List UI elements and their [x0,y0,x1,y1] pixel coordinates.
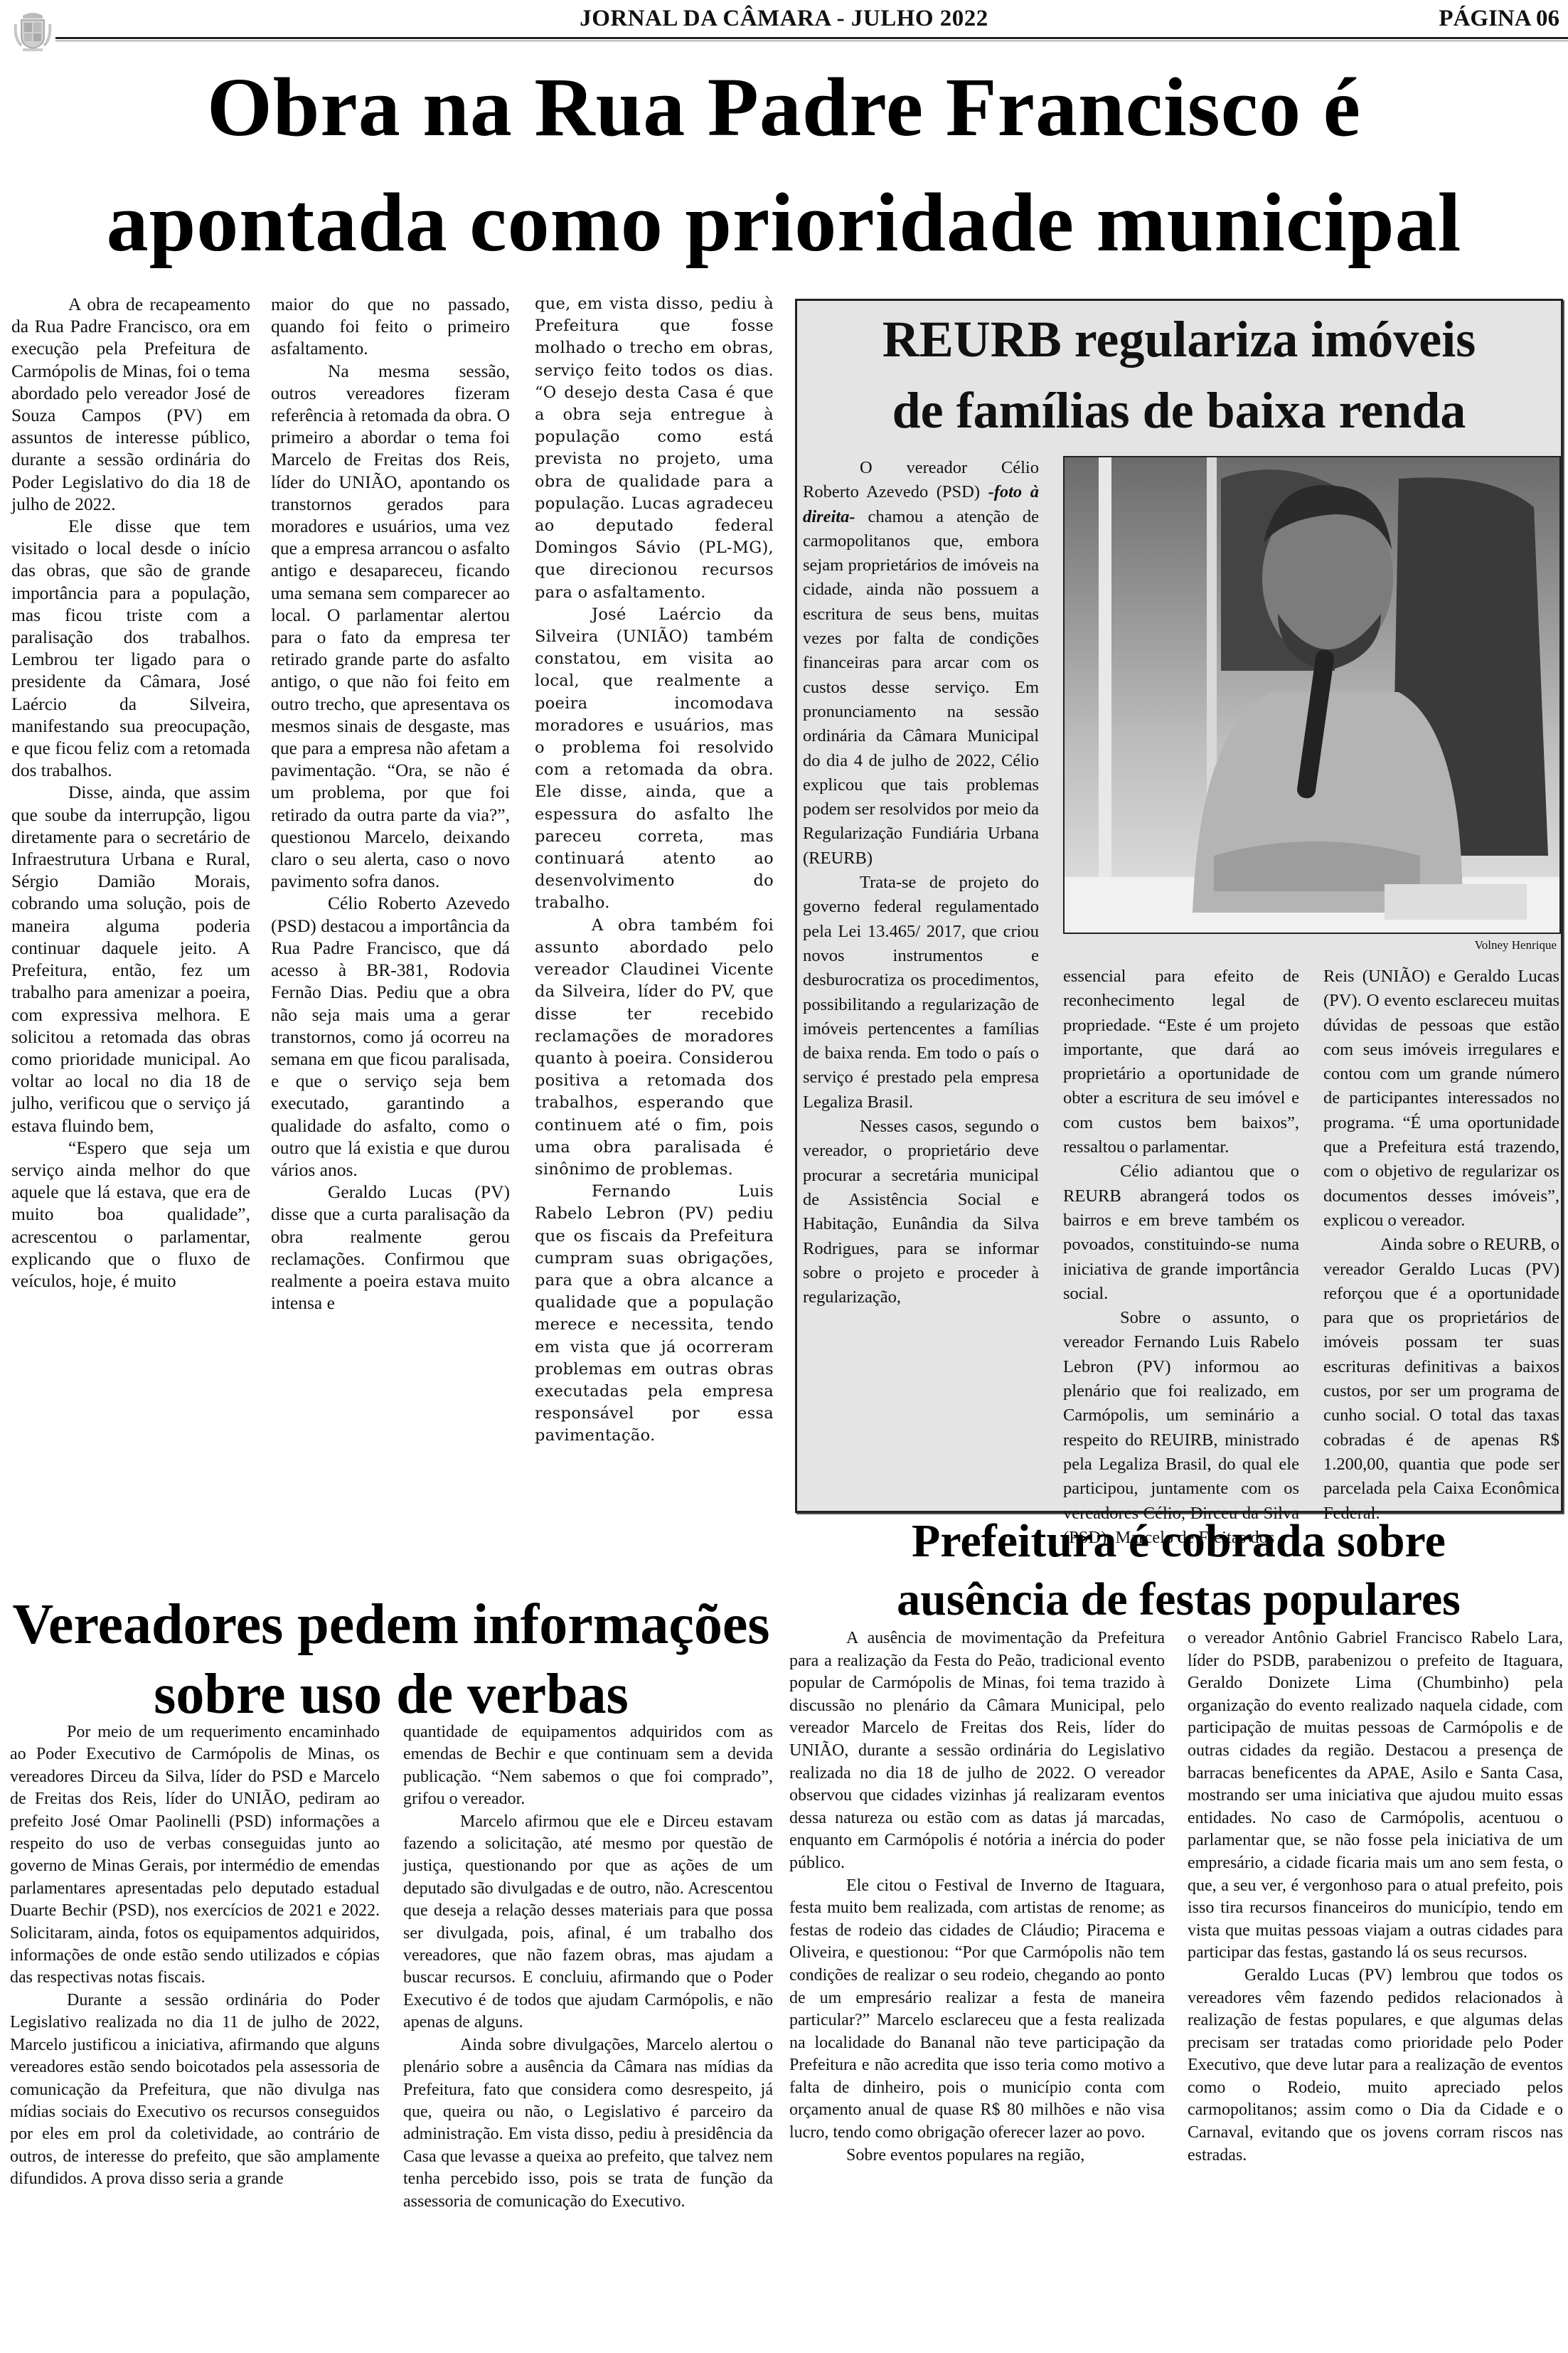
paragraph: Disse, ainda, que assim que soube da int… [11,781,250,1136]
paragraph: maior do que no passado, quando foi feit… [271,293,510,360]
masthead-rule [55,37,1568,41]
paragraph: quantidade de equipamentos adquiridos co… [403,1721,773,1811]
verbas-column-2: quantidade de equipamentos adquiridos co… [403,1721,773,2213]
paragraph: Célio adiantou que o REURB abrangerá tod… [1063,1159,1299,1306]
reurb-column-3: Reis (UNIÃO) e Geraldo Lucas (PV). O eve… [1323,965,1559,1526]
festas-headline-line-2: ausência de festas populares [789,1576,1568,1623]
paragraph: Na mesma sessão, outros vereadores fizer… [271,360,510,893]
article-column-2: maior do que no passado, quando foi feit… [271,293,510,1314]
vereador-photo-icon [1065,457,1561,934]
paragraph: Reis (UNIÃO) e Geraldo Lucas (PV). O eve… [1323,965,1559,1233]
headline-line-2: apontada como prioridade municipal [0,181,1568,265]
verbas-column-1: Por meio de um requerimento encaminhado … [10,1721,380,2191]
paragraph: Geraldo Lucas (PV) disse que a curta par… [271,1181,510,1314]
paragraph: Marcelo afirmou que ele e Dirceu estavam… [403,1811,773,2034]
paragraph: Por meio de um requerimento encaminhado … [10,1721,380,1990]
festas-headline-line-1: Prefeitura é cobrada sobre [789,1518,1568,1565]
reurb-photo [1063,456,1561,934]
paragraph: Fernando Luis Rabelo Lebron (PV) pediu q… [535,1181,774,1447]
paragraph: Ele citou o Festival de Inverno de Itagu… [789,1875,1165,2145]
paragraph: Ainda sobre divulgações, Marcelo alertou… [403,2034,773,2213]
paragraph: Célio Roberto Azevedo (PSD) destacou a i… [271,892,510,1181]
paragraph: O vereador Célio Roberto Azevedo (PSD) -… [803,456,1039,871]
reurb-headline-line-1: REURB regulariza imóveis [797,314,1561,365]
verbas-headline-line-1: Vereadores pedem informações [0,1596,782,1653]
paragraph: essencial para efeito de reconhecimento … [1063,965,1299,1159]
running-title: JORNAL DA CÂMARA - JULHO 2022 [0,6,1568,32]
paragraph: A obra de recapeamento da Rua Padre Fran… [11,293,250,515]
paragraph: A ausência de movimentação da Prefeitura… [789,1627,1165,1875]
headline-line-1: Obra na Rua Padre Francisco é [0,65,1568,149]
paragraph: o vereador Antônio Gabriel Francisco Rab… [1188,1627,1563,1965]
paragraph: que, em vista disso, pediu à Prefeitura … [535,293,774,604]
reurb-column-1: O vereador Célio Roberto Azevedo (PSD) -… [803,456,1039,1310]
article-column-1: A obra de recapeamento da Rua Padre Fran… [11,293,250,1292]
festas-column-2: o vereador Antônio Gabriel Francisco Rab… [1188,1627,1563,2167]
reurb-column-2: essencial para efeito de reconhecimento … [1063,965,1299,1550]
paragraph: Ele disse que tem visitado o local desde… [11,515,250,781]
paragraph: Nesses casos, segundo o vereador, o prop… [803,1115,1039,1310]
paragraph: Trata-se de projeto do governo federal r… [803,871,1039,1115]
article-column-3: que, em vista disso, pediu à Prefeitura … [535,293,774,1448]
reurb-headline-line-2: de famílias de baixa renda [797,385,1561,436]
photo-credit: Volney Henrique [1475,938,1557,952]
paragraph: A obra também foi assunto abordado pelo … [535,915,774,1181]
masthead: JORNAL DA CÂMARA - JULHO 2022 PÁGINA 06 [0,0,1568,57]
page-number: PÁGINA 06 [1439,6,1559,32]
paragraph: Durante a sessão ordinária do Poder Legi… [10,1990,380,2191]
paragraph: “Espero que seja um serviço ainda melhor… [11,1137,250,1292]
paragraph: Ainda sobre o REURB, o vereador Geraldo … [1323,1233,1559,1526]
festas-column-1: A ausência de movimentação da Prefeitura… [789,1627,1165,2167]
paragraph: Geraldo Lucas (PV) lembrou que todos os … [1188,1965,1563,2167]
paragraph: José Laércio da Silveira (UNIÃO) também … [535,604,774,915]
paragraph: Sobre o assunto, o vereador Fernando Lui… [1063,1306,1299,1550]
reurb-sidebar-box: REURB regulariza imóveis de famílias de … [795,299,1563,1513]
verbas-headline-line-2: sobre uso de verbas [0,1666,782,1723]
paragraph: Sobre eventos populares na região, [789,2145,1165,2167]
